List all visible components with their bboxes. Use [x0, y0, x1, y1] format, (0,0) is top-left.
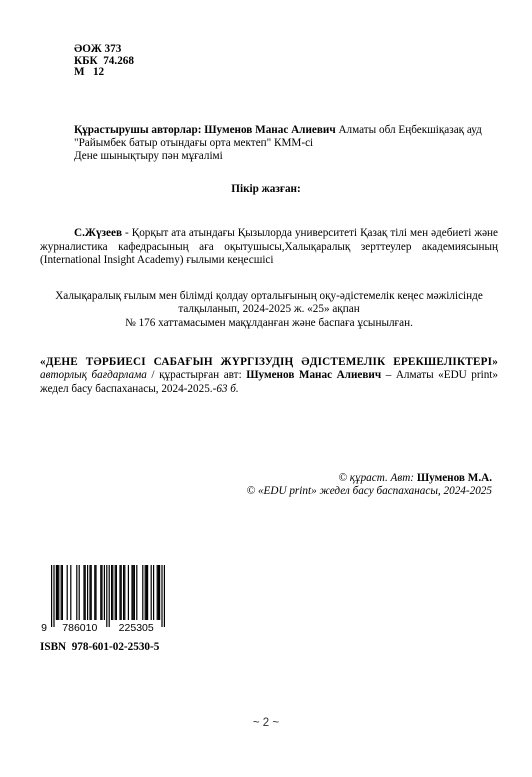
classification-codes: ӘОЖ 373 КБК 74.268 М 12 [74, 44, 134, 79]
udc-code: ӘОЖ 373 [74, 44, 134, 56]
reviewer-heading: Пікір жазған: [0, 183, 532, 196]
author-mark: М 12 [74, 67, 134, 79]
authors-line-1: Құрастырушы авторлар: Шуменов Манас Алие… [74, 124, 514, 137]
compiled-by-label: / құрастырған авт: [147, 369, 246, 381]
authors-label: Құрастырушы авторлар: [74, 124, 201, 136]
copyright-block: © құраст. Авт: Шуменов М.А. © «EDU print… [247, 472, 492, 499]
bibliography-author: Шуменов Манас Алиевич [246, 369, 381, 381]
reviewer-name: С.Жүзеев [74, 227, 122, 239]
approval-line-1: Халықаралық ғылым мен білімді қолдау орт… [40, 290, 498, 303]
authors-block: Құрастырушы авторлар: Шуменов Манас Алие… [74, 124, 514, 164]
approval-line-2: талқыланып, 2024-2025 ж. «25» ақпан [40, 303, 498, 316]
copyright-author-line: © құраст. Авт: Шуменов М.А. [247, 472, 492, 485]
svg-text:225305: 225305 [119, 622, 154, 634]
publication-type: авторлық бағдарлама [40, 369, 147, 381]
copyright-publisher-line: © «EDU print» жедел басу баспаханасы, 20… [247, 485, 492, 498]
svg-text:9: 9 [41, 622, 47, 634]
author-position: Дене шынықтыру пән мұғалімі [74, 150, 514, 163]
copyright-author-name: Шуменов М.А. [417, 472, 492, 484]
barcode-icon: 9786010225305 [40, 565, 168, 635]
author-location: Алматы обл Еңбекшіқазақ ауд [338, 124, 481, 136]
author-school: "Райымбек батыр отындағы орта мектеп" КМ… [74, 137, 514, 150]
svg-text:786010: 786010 [62, 622, 97, 634]
approval-block: Халықаралық ғылым мен білімді қолдау орт… [40, 290, 498, 330]
book-title: «ДЕНЕ ТӘРБИЕСІ САБАҒЫН ЖҮРГІЗУДІҢ ӘДІСТЕ… [40, 356, 498, 369]
page-number: ~ 2 ~ [0, 717, 532, 730]
isbn-number: ISBN 978-601-02-2530-5 [40, 641, 159, 654]
author-name: Шуменов Манас Алиевич [204, 124, 335, 136]
page-count: -63 б. [213, 383, 239, 395]
bibliography-block: «ДЕНЕ ТӘРБИЕСІ САБАҒЫН ЖҮРГІЗУДІҢ ӘДІСТЕ… [40, 356, 498, 396]
approval-line-3: № 176 хаттамасымен мақұлданған және басп… [40, 317, 498, 330]
reviewer-block: С.Жүзеев - Қорқыт ата атындағы Қызылорда… [40, 227, 498, 268]
isbn-barcode: 9786010225305 [40, 565, 168, 635]
bibliography-details: авторлық бағдарлама / құрастырған авт: Ш… [40, 369, 498, 396]
copyright-author-prefix: © құраст. Авт: [338, 472, 416, 484]
